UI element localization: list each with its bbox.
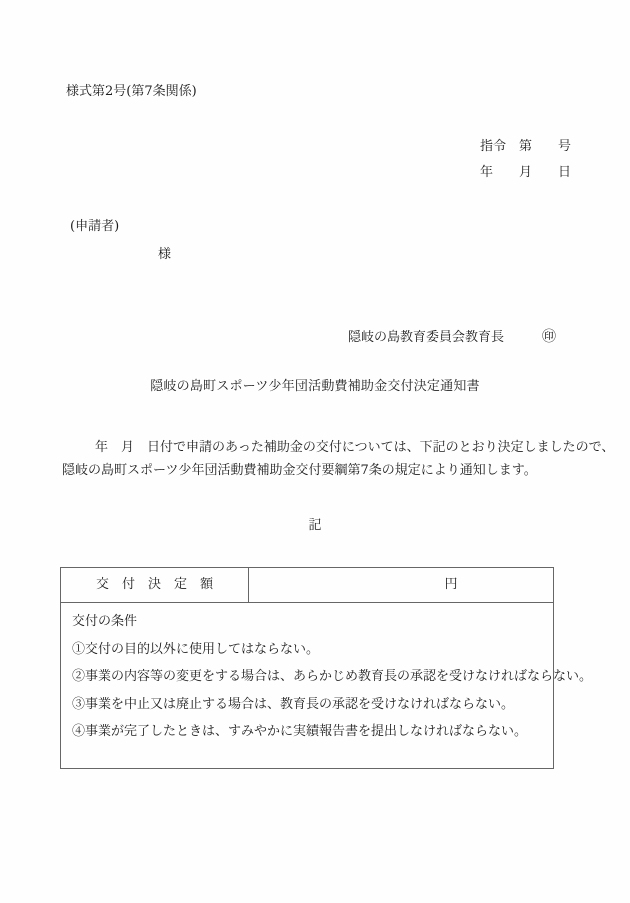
conditions-cell: 交付の条件 ①交付の目的以外に使用してはならない。 ②事業の内容等の変更をする場… bbox=[61, 603, 553, 768]
directive-number-line: 指令 第 号 bbox=[480, 140, 571, 155]
directive-date-line: 年 月 日 bbox=[480, 166, 571, 181]
condition-item-1: ①交付の目的以外に使用してはならない。 bbox=[72, 636, 553, 664]
addressee-honorific: 様 bbox=[158, 248, 171, 263]
condition-item-2: ②事業の内容等の変更をする場合は、あらかじめ教育長の承認を受けなければならない。 bbox=[72, 663, 553, 691]
form-number: 様式第2号(第7条関係) bbox=[66, 85, 197, 100]
issuer-name: 隠岐の島教育委員会教育長 bbox=[348, 331, 504, 346]
issuer-line: 隠岐の島教育委員会教育長 ㊞ bbox=[348, 329, 556, 346]
grant-decision-table: 交 付 決 定 額 円 交付の条件 ①交付の目的以外に使用してはならない。 ②事… bbox=[60, 567, 554, 769]
document-page: 様式第2号(第7条関係) 指令 第 号 年 月 日 (申請者) 様 隠岐の島教育… bbox=[0, 0, 630, 903]
table-header-row: 交 付 決 定 額 円 bbox=[61, 568, 553, 603]
applicant-label: (申請者) bbox=[70, 220, 119, 235]
body-paragraph-line1: 年 月 日付で申請のあった補助金の交付については、下記のとおり決定しましたので、 bbox=[95, 441, 614, 456]
grant-amount-label-cell: 交 付 決 定 額 bbox=[61, 568, 249, 602]
seal-mark-icon: ㊞ bbox=[542, 329, 556, 345]
body-paragraph-line2: 隠岐の島町スポーツ少年団活動費補助金交付要綱第7条の規定により通知します。 bbox=[62, 464, 537, 479]
condition-item-4: ④事業が完了したときは、すみやかに実績報告書を提出しなければならない。 bbox=[72, 718, 553, 746]
document-title: 隠岐の島町スポーツ少年団活動費補助金交付決定通知書 bbox=[0, 380, 630, 395]
notice-marker: 記 bbox=[0, 519, 630, 534]
grant-amount-value-cell: 円 bbox=[249, 568, 553, 602]
conditions-title: 交付の条件 bbox=[72, 608, 553, 636]
condition-item-3: ③事業を中止又は廃止する場合は、教育長の承認を受けなければならない。 bbox=[72, 691, 553, 719]
